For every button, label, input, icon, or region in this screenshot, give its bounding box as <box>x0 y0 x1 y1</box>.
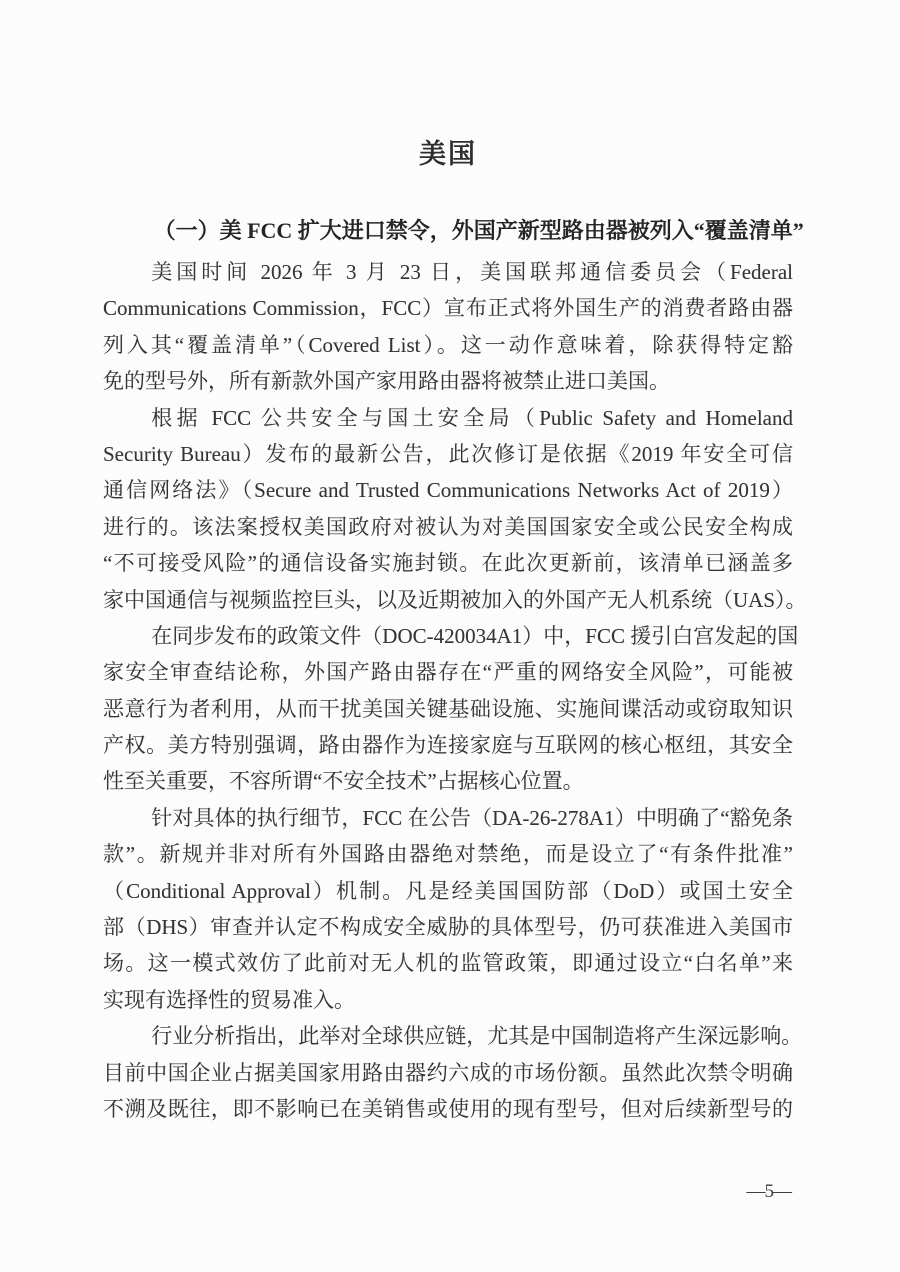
body-line: Communications Commission，FCC）宣布正式将外国生产的… <box>103 290 793 326</box>
document-body: 美国时间 2026 年 3 月 23 日，美国联邦通信委员会（FederalCo… <box>103 254 793 1127</box>
body-line: 产权。美方特别强调，路由器作为连接家庭与互联网的核心枢纽，其安全 <box>103 727 793 763</box>
body-line: 不溯及既往，即不影响已在美销售或使用的现有型号，但对后续新型号的 <box>103 1091 793 1127</box>
document-page: 美国 （一）美 FCC 扩大进口禁令，外国产新型路由器被列入“覆盖清单” 美国时… <box>0 0 900 1272</box>
body-line: 在同步发布的政策文件（DOC-420034A1）中，FCC 援引白宫发起的国 <box>103 618 793 654</box>
section-heading: （一）美 FCC 扩大进口禁令，外国产新型路由器被列入“覆盖清单” <box>103 216 793 246</box>
body-line: 部（DHS）审查并认定不构成安全威胁的具体型号，仍可获准进入美国市 <box>103 909 793 945</box>
body-line: 列入其“覆盖清单”（Covered List）。这一动作意味着，除获得特定豁 <box>103 327 793 363</box>
body-line: 性至关重要，不容所谓“不安全技术”占据核心位置。 <box>103 763 793 799</box>
document-content: 美国 （一）美 FCC 扩大进口禁令，外国产新型路由器被列入“覆盖清单” 美国时… <box>103 138 793 1205</box>
page-title: 美国 <box>103 138 793 170</box>
body-line: 进行的。该法案授权美国政府对被认为对美国国家安全或公民安全构成 <box>103 509 793 545</box>
body-line: Security Bureau）发布的最新公告，此次修订是依据《2019 年安全… <box>103 436 793 472</box>
body-line: 根据 FCC 公共安全与国土安全局（Public Safety and Home… <box>103 400 793 436</box>
page-number: —5— <box>103 1179 793 1205</box>
body-line: 美国时间 2026 年 3 月 23 日，美国联邦通信委员会（Federal <box>103 254 793 290</box>
body-line: 行业分析指出，此举对全球供应链，尤其是中国制造将产生深远影响。 <box>103 1018 793 1054</box>
body-line: 针对具体的执行细节，FCC 在公告（DA-26-278A1）中明确了“豁免条 <box>103 800 793 836</box>
body-line: 恶意行为者利用，从而干扰美国关键基础设施、实施间谍活动或窃取知识 <box>103 691 793 727</box>
body-line: 家中国通信与视频监控巨头，以及近期被加入的外国产无人机系统（UAS）。 <box>103 582 793 618</box>
body-line: （Conditional Approval）机制。凡是经美国国防部（DoD）或国… <box>103 873 793 909</box>
body-line: 家安全审查结论称，外国产路由器存在“严重的网络安全风险”，可能被 <box>103 654 793 690</box>
body-line: 免的型号外，所有新款外国产家用路由器将被禁止进口美国。 <box>103 363 793 399</box>
body-line: 款”。新规并非对所有外国路由器绝对禁绝，而是设立了“有条件批准” <box>103 836 793 872</box>
body-line: “不可接受风险”的通信设备实施封锁。在此次更新前，该清单已涵盖多 <box>103 545 793 581</box>
body-line: 目前中国企业占据美国家用路由器约六成的市场份额。虽然此次禁令明确 <box>103 1055 793 1091</box>
body-line: 实现有选择性的贸易准入。 <box>103 982 793 1018</box>
body-line: 通信网络法》（Secure and Trusted Communications… <box>103 472 793 508</box>
body-line: 场。这一模式效仿了此前对无人机的监管政策，即通过设立“白名单”来 <box>103 945 793 981</box>
